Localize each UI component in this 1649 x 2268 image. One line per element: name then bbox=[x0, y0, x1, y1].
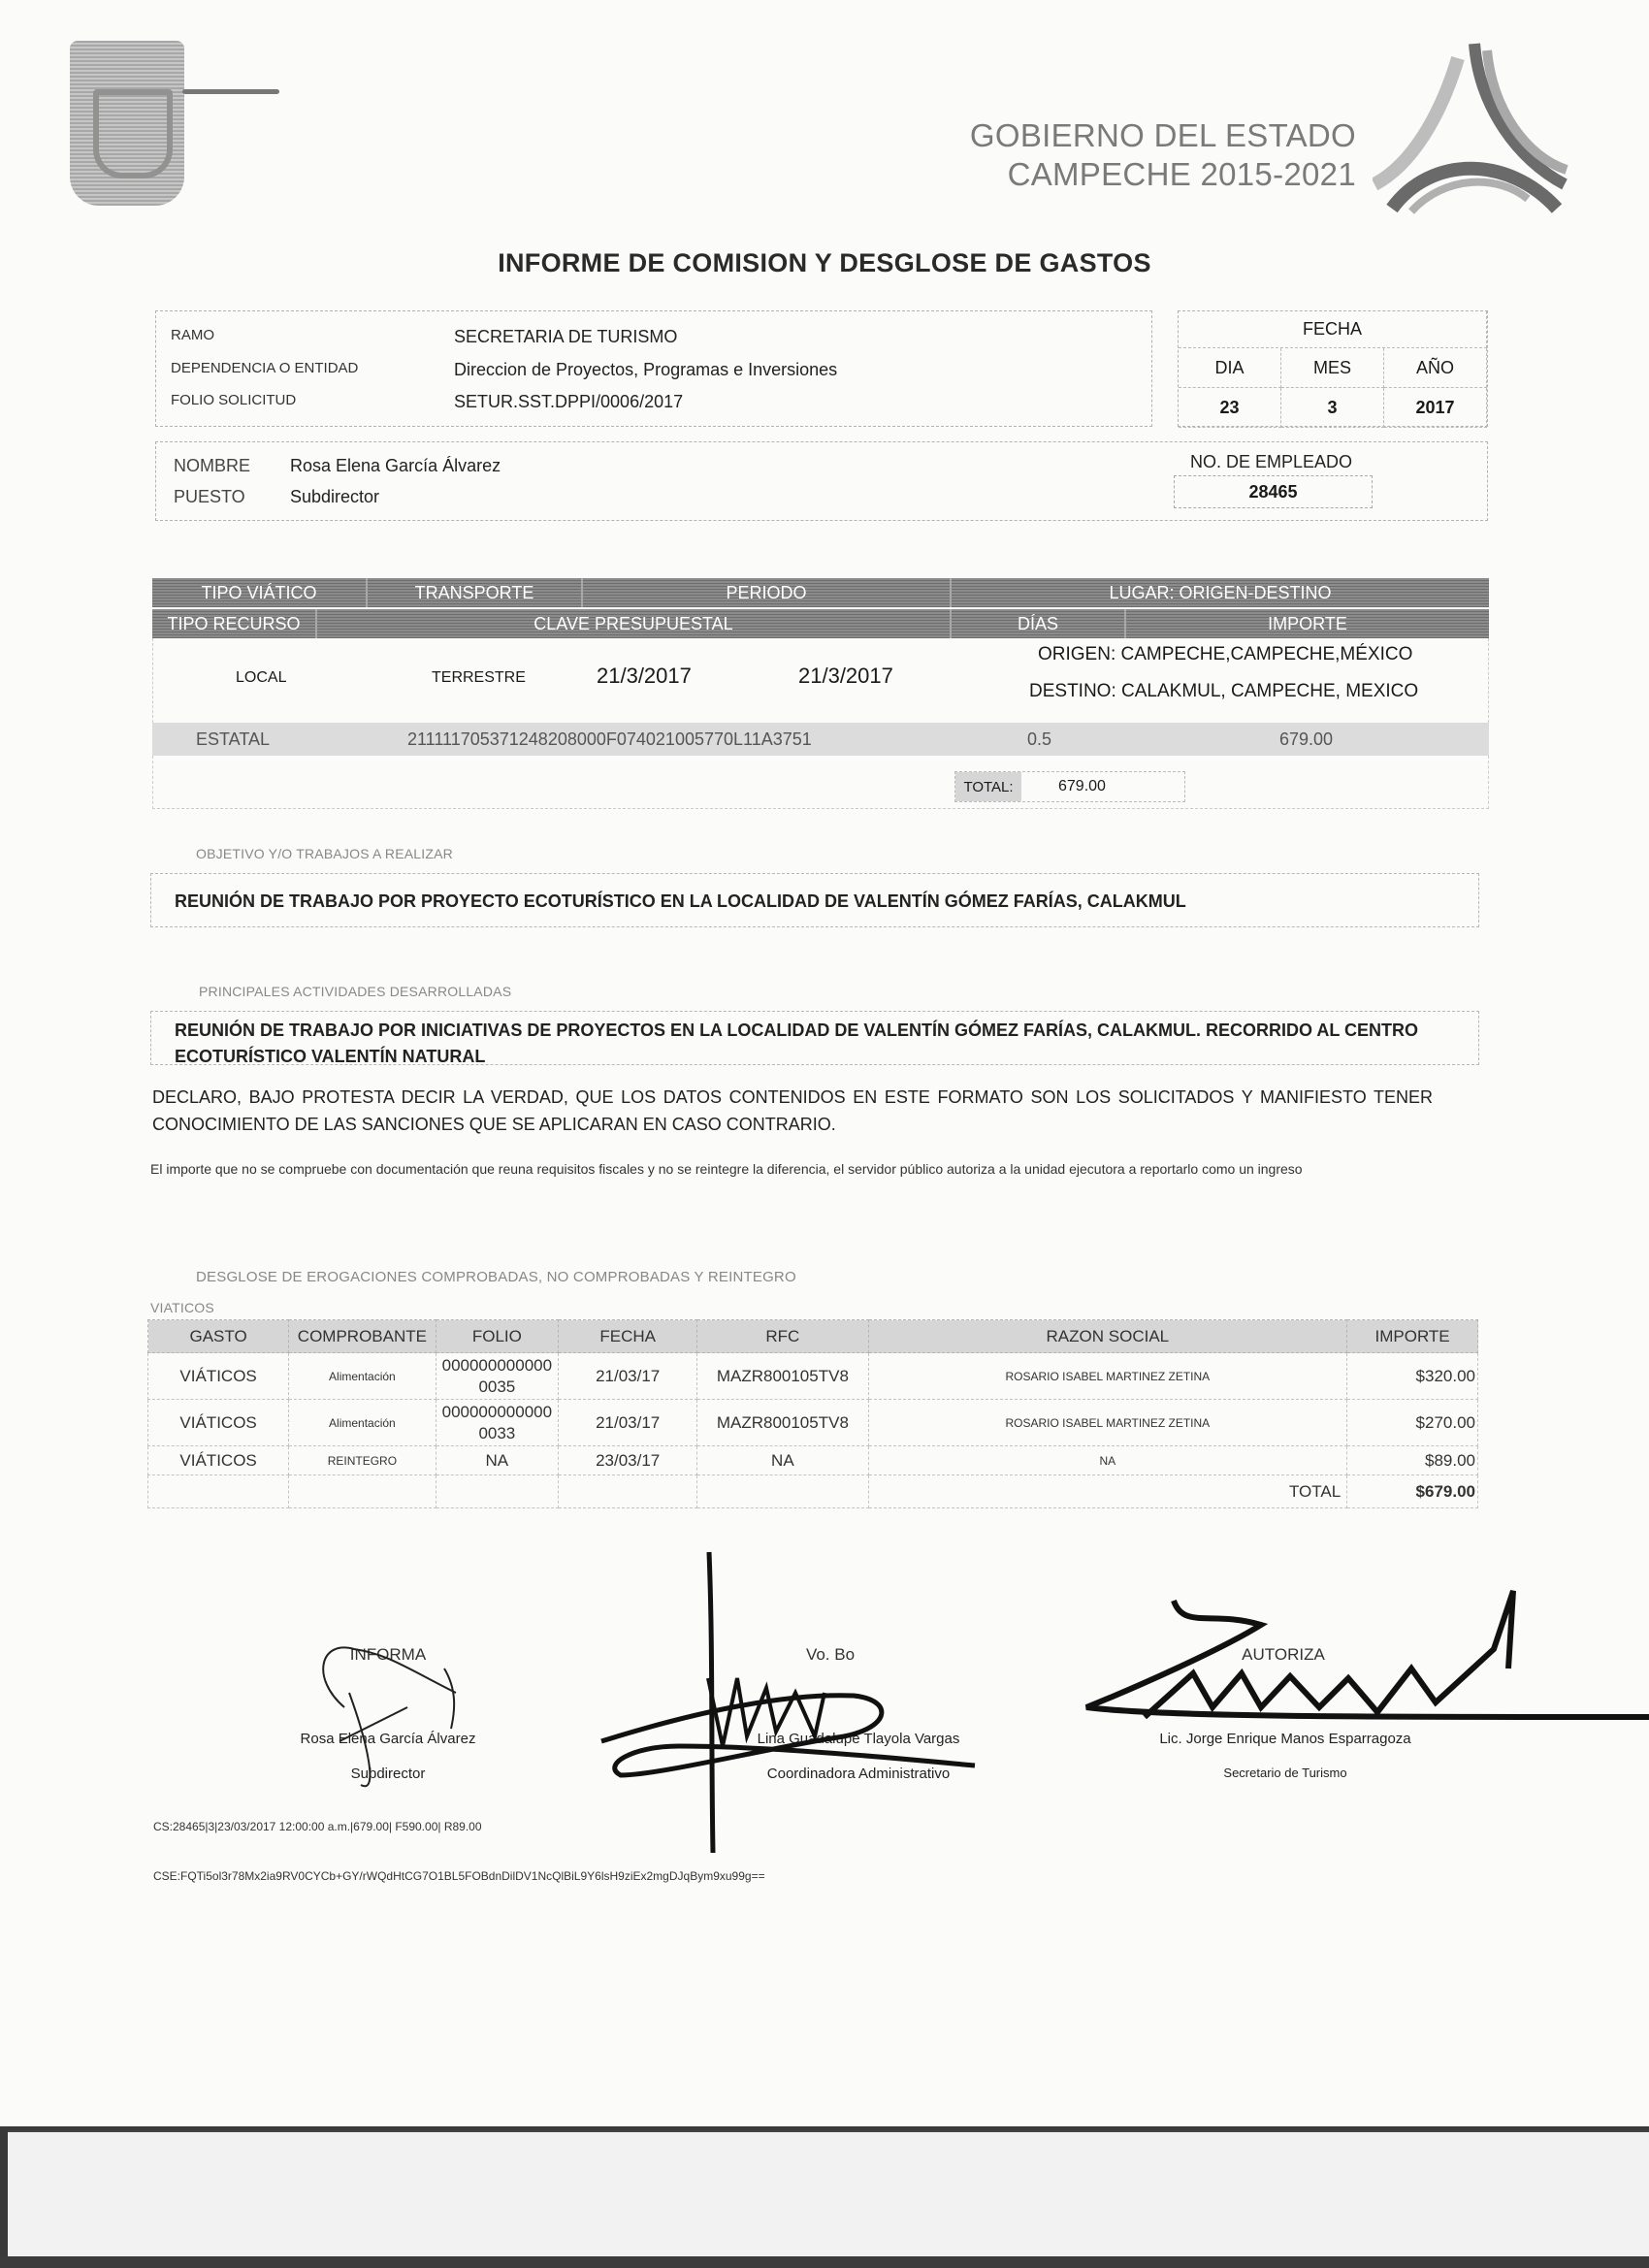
document-page: GOBIERNO DEL ESTADO CAMPECHE 2015-2021 I… bbox=[0, 0, 1649, 2126]
cadena-cs: CS:28465|3|23/03/2017 12:00:00 a.m.|679.… bbox=[153, 1820, 482, 1833]
scan-bottom-edge bbox=[0, 2256, 1649, 2268]
scanned-page-fold bbox=[8, 2130, 1649, 2256]
handwritten-signatures-icon bbox=[0, 0, 1649, 1940]
cadena-cse: CSE:FQTi5ol3r78Mx2ia9RV0CYCb+GY/rWQdHtCG… bbox=[153, 1869, 765, 1883]
